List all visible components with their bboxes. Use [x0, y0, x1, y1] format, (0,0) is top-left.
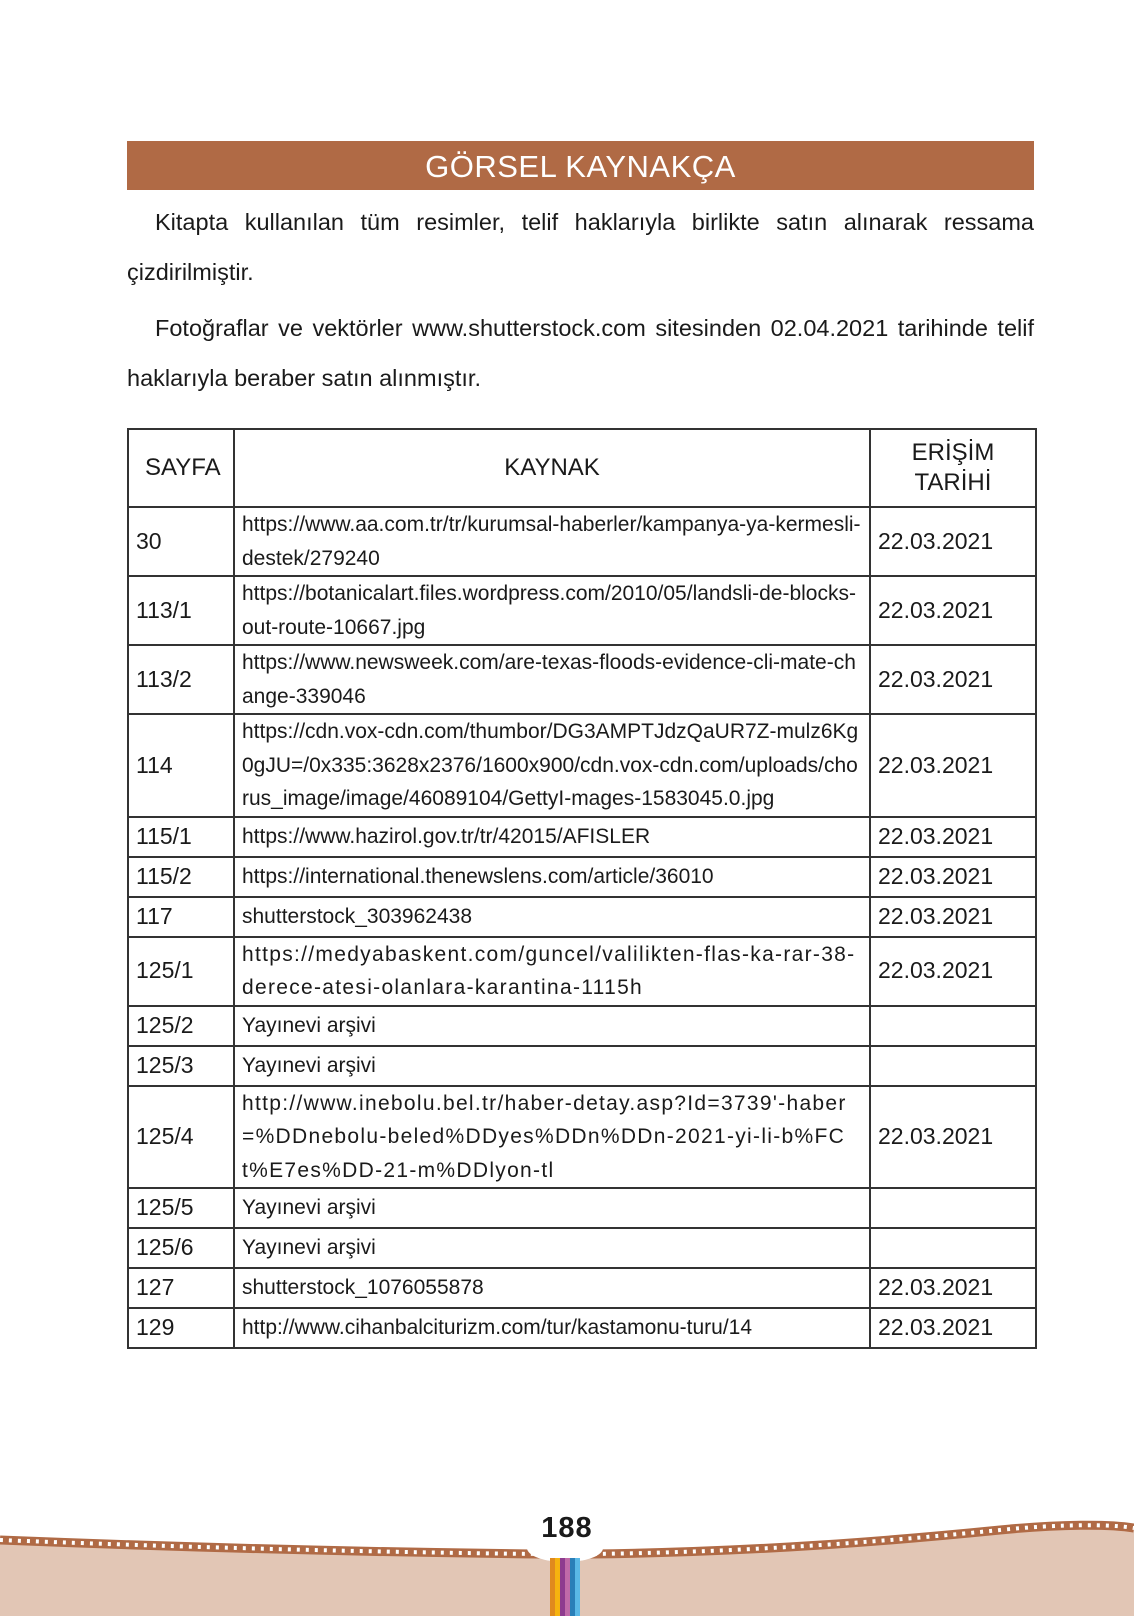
- page-cell: 125/2: [128, 1006, 234, 1046]
- source-cell: https://www.newsweek.com/are-texas-flood…: [234, 645, 870, 714]
- source-cell: https://botanicalart.files.wordpress.com…: [234, 576, 870, 645]
- spine-stripe: [555, 1558, 560, 1616]
- table-row: 117shutterstock_30396243822.03.2021: [128, 897, 1036, 937]
- book-spine-stripes: [550, 1558, 580, 1616]
- source-cell: https://medyabaskent.com/guncel/valilikt…: [234, 937, 870, 1006]
- table-row: 30https://www.aa.com.tr/tr/kurumsal-habe…: [128, 507, 1036, 576]
- column-header-page: SAYFA: [128, 429, 234, 507]
- source-cell: https://www.hazirol.gov.tr/tr/42015/AFIS…: [234, 817, 870, 857]
- access-date-cell: 22.03.2021: [870, 937, 1036, 1006]
- source-cell: Yayınevi arşivi: [234, 1006, 870, 1046]
- page-cell: 114: [128, 714, 234, 817]
- access-date-cell: 22.03.2021: [870, 1268, 1036, 1308]
- source-cell: https://international.thenewslens.com/ar…: [234, 857, 870, 897]
- access-date-cell: 22.03.2021: [870, 1086, 1036, 1189]
- page-cell: 125/6: [128, 1228, 234, 1268]
- spine-stripe: [560, 1558, 565, 1616]
- access-date-cell: [870, 1046, 1036, 1086]
- source-cell: https://cdn.vox-cdn.com/thumbor/DG3AMPTJ…: [234, 714, 870, 817]
- page-cell: 125/5: [128, 1188, 234, 1228]
- table-row: 114https://cdn.vox-cdn.com/thumbor/DG3AM…: [128, 714, 1036, 817]
- access-date-cell: [870, 1188, 1036, 1228]
- spine-stripe: [570, 1558, 575, 1616]
- table-row: 125/5Yayınevi arşivi: [128, 1188, 1036, 1228]
- table-row: 113/1https://botanicalart.files.wordpres…: [128, 576, 1036, 645]
- image-sources-table: SAYFA KAYNAK ERİŞİM TARİHİ 30https://www…: [127, 428, 1037, 1349]
- table-body: 30https://www.aa.com.tr/tr/kurumsal-habe…: [128, 507, 1036, 1348]
- source-cell: shutterstock_1076055878: [234, 1268, 870, 1308]
- source-cell: shutterstock_303962438: [234, 897, 870, 937]
- access-date-cell: 22.03.2021: [870, 817, 1036, 857]
- page-cell: 125/1: [128, 937, 234, 1006]
- access-date-cell: 22.03.2021: [870, 645, 1036, 714]
- access-date-cell: 22.03.2021: [870, 507, 1036, 576]
- column-header-source: KAYNAK: [234, 429, 870, 507]
- source-cell: Yayınevi arşivi: [234, 1188, 870, 1228]
- table-header-row: SAYFA KAYNAK ERİŞİM TARİHİ: [128, 429, 1036, 507]
- access-date-cell: 22.03.2021: [870, 576, 1036, 645]
- access-date-cell: 22.03.2021: [870, 897, 1036, 937]
- source-cell: Yayınevi arşivi: [234, 1046, 870, 1086]
- source-cell: http://www.inebolu.bel.tr/haber-detay.as…: [234, 1086, 870, 1189]
- table-row: 113/2https://www.newsweek.com/are-texas-…: [128, 645, 1036, 714]
- table-row: 125/3Yayınevi arşivi: [128, 1046, 1036, 1086]
- table-row: 125/1https://medyabaskent.com/guncel/val…: [128, 937, 1036, 1006]
- page-cell: 127: [128, 1268, 234, 1308]
- intro-paragraph-photos: Fotoğraflar ve vektörler www.shutterstoc…: [127, 303, 1034, 403]
- page-title: GÖRSEL KAYNAKÇA: [127, 141, 1034, 190]
- page-cell: 129: [128, 1308, 234, 1348]
- intro-paragraph-1-text: Kitapta kullanılan tüm resimler, telif h…: [127, 209, 1034, 285]
- table-row: 129http://www.cihanbalciturizm.com/tur/k…: [128, 1308, 1036, 1348]
- table-row: 127shutterstock_107605587822.03.2021: [128, 1268, 1036, 1308]
- table-row: 125/4http://www.inebolu.bel.tr/haber-det…: [128, 1086, 1036, 1189]
- column-header-access-date: ERİŞİM TARİHİ: [870, 429, 1036, 507]
- page-cell: 125/3: [128, 1046, 234, 1086]
- page-cell: 115/1: [128, 817, 234, 857]
- page-number: 188: [0, 1512, 1134, 1545]
- access-date-cell: 22.03.2021: [870, 857, 1036, 897]
- intro-paragraph-illustrations: Kitapta kullanılan tüm resimler, telif h…: [127, 197, 1034, 297]
- intro-paragraph-2-text: Fotoğraflar ve vektörler www.shutterstoc…: [127, 315, 1034, 391]
- page-cell: 113/2: [128, 645, 234, 714]
- spine-stripe: [565, 1558, 570, 1616]
- table-row: 125/6Yayınevi arşivi: [128, 1228, 1036, 1268]
- source-cell: https://www.aa.com.tr/tr/kurumsal-haberl…: [234, 507, 870, 576]
- source-cell: http://www.cihanbalciturizm.com/tur/kast…: [234, 1308, 870, 1348]
- table-row: 115/2https://international.thenewslens.c…: [128, 857, 1036, 897]
- page-cell: 30: [128, 507, 234, 576]
- access-date-header-line1: ERİŞİM: [912, 439, 995, 466]
- page-cell: 115/2: [128, 857, 234, 897]
- access-date-header-line2: TARİHİ: [915, 469, 992, 496]
- spine-stripe: [550, 1558, 555, 1616]
- page-cell: 125/4: [128, 1086, 234, 1189]
- access-date-cell: 22.03.2021: [870, 714, 1036, 817]
- source-cell: Yayınevi arşivi: [234, 1228, 870, 1268]
- spine-stripe: [575, 1558, 580, 1616]
- page-cell: 117: [128, 897, 234, 937]
- access-date-cell: [870, 1006, 1036, 1046]
- access-date-cell: [870, 1228, 1036, 1268]
- table-row: 125/2Yayınevi arşivi: [128, 1006, 1036, 1046]
- page-cell: 113/1: [128, 576, 234, 645]
- table-row: 115/1https://www.hazirol.gov.tr/tr/42015…: [128, 817, 1036, 857]
- access-date-cell: 22.03.2021: [870, 1308, 1036, 1348]
